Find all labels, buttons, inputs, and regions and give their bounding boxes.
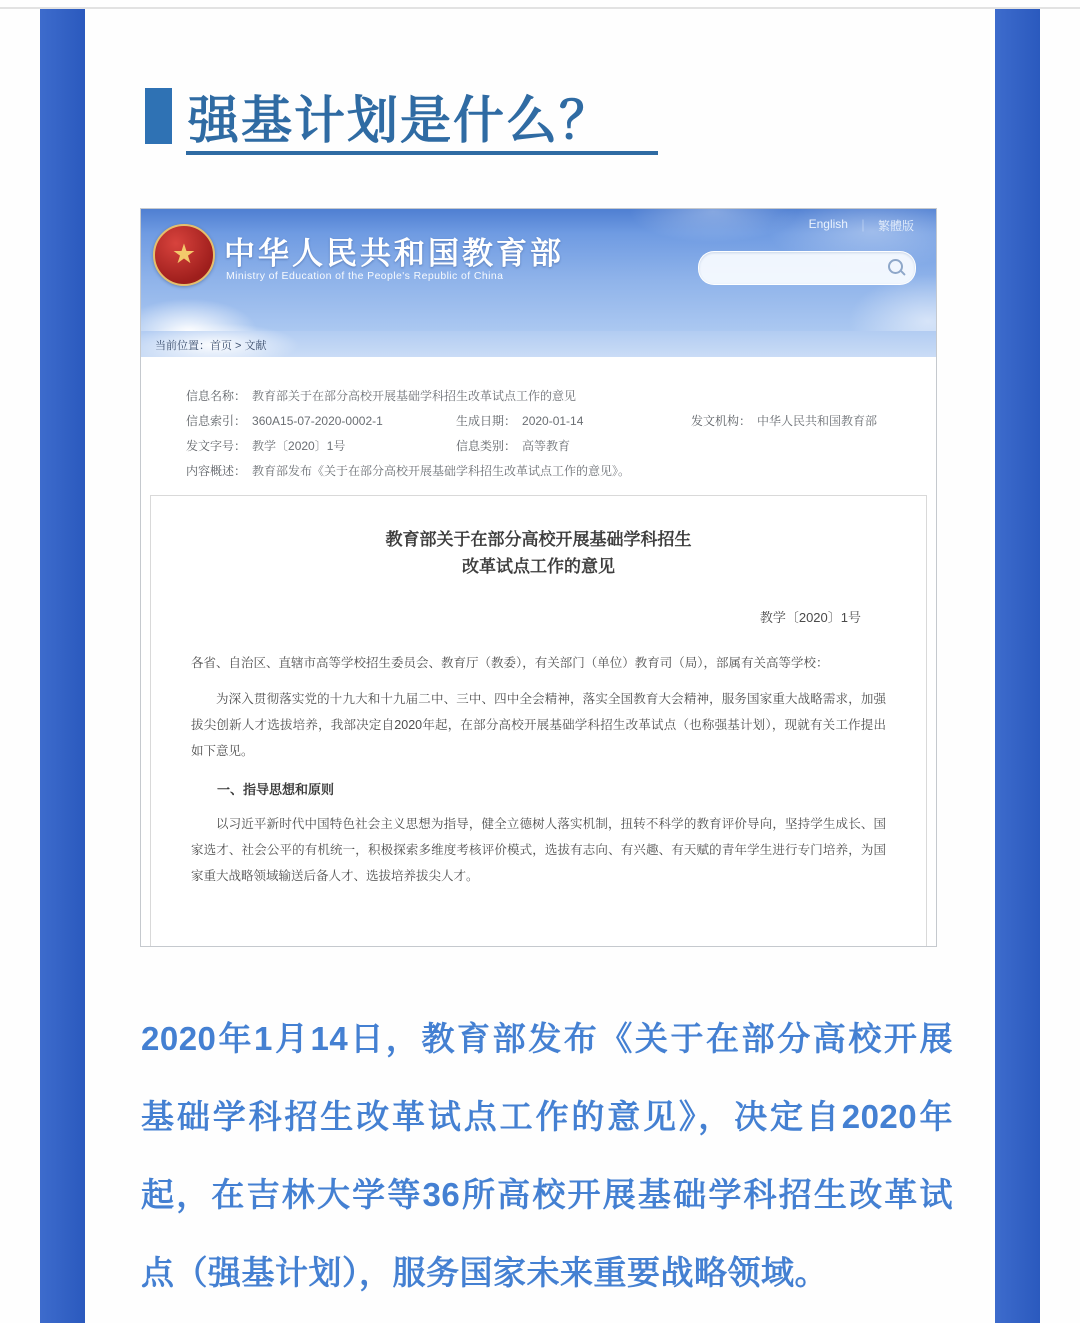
- document-meta-table: 信息名称：教育部关于在部分高校开展基础学科招生改革试点工作的意见 信息索引：36…: [186, 384, 911, 484]
- summary-line: 2020年1月14日，教育部发布《关于在部分高校开展: [141, 1000, 953, 1078]
- breadcrumb[interactable]: 当前位置：首页 > 文献: [155, 337, 267, 353]
- moe-website-screenshot: English ｜ 繁體版 ★ 中华人民共和国教育部 Ministry of E…: [140, 208, 937, 947]
- meta-cell: 发文字号：教学〔2020〕1号: [186, 434, 456, 459]
- meta-value: 教育部关于在部分高校开展基础学科招生改革试点工作的意见: [252, 389, 576, 403]
- document-paragraph-1: 为深入贯彻落实党的十九大和十九届二中、三中、四中全会精神，落实全国教育大会精神，…: [191, 686, 886, 764]
- link-english[interactable]: English: [809, 217, 848, 234]
- header-top-links: English ｜ 繁體版: [809, 217, 914, 234]
- left-border-bar: [40, 9, 85, 1323]
- document-title-line2: 改革试点工作的意见: [191, 553, 886, 580]
- title-bullet-icon: [145, 88, 172, 144]
- national-emblem-icon: ★: [153, 224, 215, 286]
- page-title: 强基计划是什么？: [188, 79, 612, 153]
- meta-label: 发文机构：: [691, 414, 751, 428]
- summary-line: 点（强基计划），服务国家未来重要战略领域。: [141, 1234, 953, 1312]
- meta-row-index: 信息索引：360A15-07-2020-0002-1 生成日期：2020-01-…: [186, 409, 911, 434]
- document-section-heading: 一、指导思想和原则: [191, 779, 886, 798]
- meta-value: 360A15-07-2020-0002-1: [252, 414, 383, 428]
- summary-line: 起，在吉林大学等36所高校开展基础学科招生改革试: [141, 1156, 953, 1234]
- link-traditional-chinese[interactable]: 繁體版: [878, 217, 914, 234]
- meta-value: 2020-01-14: [522, 414, 583, 428]
- right-border-bar: [995, 9, 1040, 1323]
- meta-cell: 生成日期：2020-01-14: [456, 409, 691, 434]
- search-icon[interactable]: [888, 259, 903, 274]
- meta-cell: 信息索引：360A15-07-2020-0002-1: [186, 409, 456, 434]
- document-paragraph-2: 以习近平新时代中国特色社会主义思想为指导，健全立德树人落实机制，扭转不科学的教育…: [191, 811, 886, 889]
- meta-label: 内容概述：: [186, 464, 246, 478]
- meta-label: 发文字号：: [186, 439, 246, 453]
- infographic-page: 强基计划是什么？ English ｜ 繁體版 ★ 中华人民共和国教育部 Mini…: [0, 0, 1080, 1323]
- meta-label: 信息索引：: [186, 414, 246, 428]
- summary-line: 基础学科招生改革试点工作的意见》，决定自2020年: [141, 1078, 953, 1156]
- site-name-english: Ministry of Education of the People's Re…: [226, 270, 503, 282]
- meta-label: 生成日期：: [456, 414, 516, 428]
- meta-value: 教学〔2020〕1号: [252, 439, 345, 453]
- meta-row-name: 信息名称：教育部关于在部分高校开展基础学科招生改革试点工作的意见: [186, 384, 911, 409]
- meta-value: 高等教育: [522, 439, 570, 453]
- site-name-chinese: 中华人民共和国教育部: [224, 228, 564, 273]
- document-title-line1: 教育部关于在部分高校开展基础学科招生: [191, 526, 886, 553]
- meta-row-summary: 内容概述：教育部发布《关于在部分高校开展基础学科招生改革试点工作的意见》。: [186, 459, 911, 484]
- document-number: 教学〔2020〕1号: [191, 607, 886, 626]
- meta-value: 教育部发布《关于在部分高校开展基础学科招生改革试点工作的意见》。: [252, 464, 630, 478]
- title-underline: [186, 151, 658, 155]
- breadcrumb-bar: 当前位置：首页 > 文献: [141, 331, 936, 357]
- meta-cell: 信息名称：教育部关于在部分高校开展基础学科招生改革试点工作的意见: [186, 384, 911, 409]
- meta-value: 中华人民共和国教育部: [757, 414, 877, 428]
- document-page: 教育部关于在部分高校开展基础学科招生 改革试点工作的意见 教学〔2020〕1号 …: [150, 495, 927, 946]
- meta-label: 信息名称：: [186, 389, 246, 403]
- summary-text-block: 2020年1月14日，教育部发布《关于在部分高校开展 基础学科招生改革试点工作的…: [141, 1000, 953, 1312]
- meta-cell: 信息类别：高等教育: [456, 434, 911, 459]
- toplink-separator: ｜: [857, 217, 869, 234]
- section-title-row: 强基计划是什么？: [145, 84, 612, 148]
- moe-site-header: English ｜ 繁體版 ★ 中华人民共和国教育部 Ministry of E…: [141, 209, 936, 331]
- top-divider: [0, 7, 1080, 9]
- meta-label: 信息类别：: [456, 439, 516, 453]
- meta-row-number: 发文字号：教学〔2020〕1号 信息类别：高等教育: [186, 434, 911, 459]
- document-salutation: 各省、自治区、直辖市高等学校招生委员会、教育厅（教委），有关部门（单位）教育司（…: [191, 650, 886, 676]
- search-input[interactable]: [698, 251, 916, 285]
- meta-cell: 发文机构：中华人民共和国教育部: [691, 409, 911, 434]
- emblem-star-icon: ★: [172, 241, 196, 268]
- meta-cell: 内容概述：教育部发布《关于在部分高校开展基础学科招生改革试点工作的意见》。: [186, 459, 911, 484]
